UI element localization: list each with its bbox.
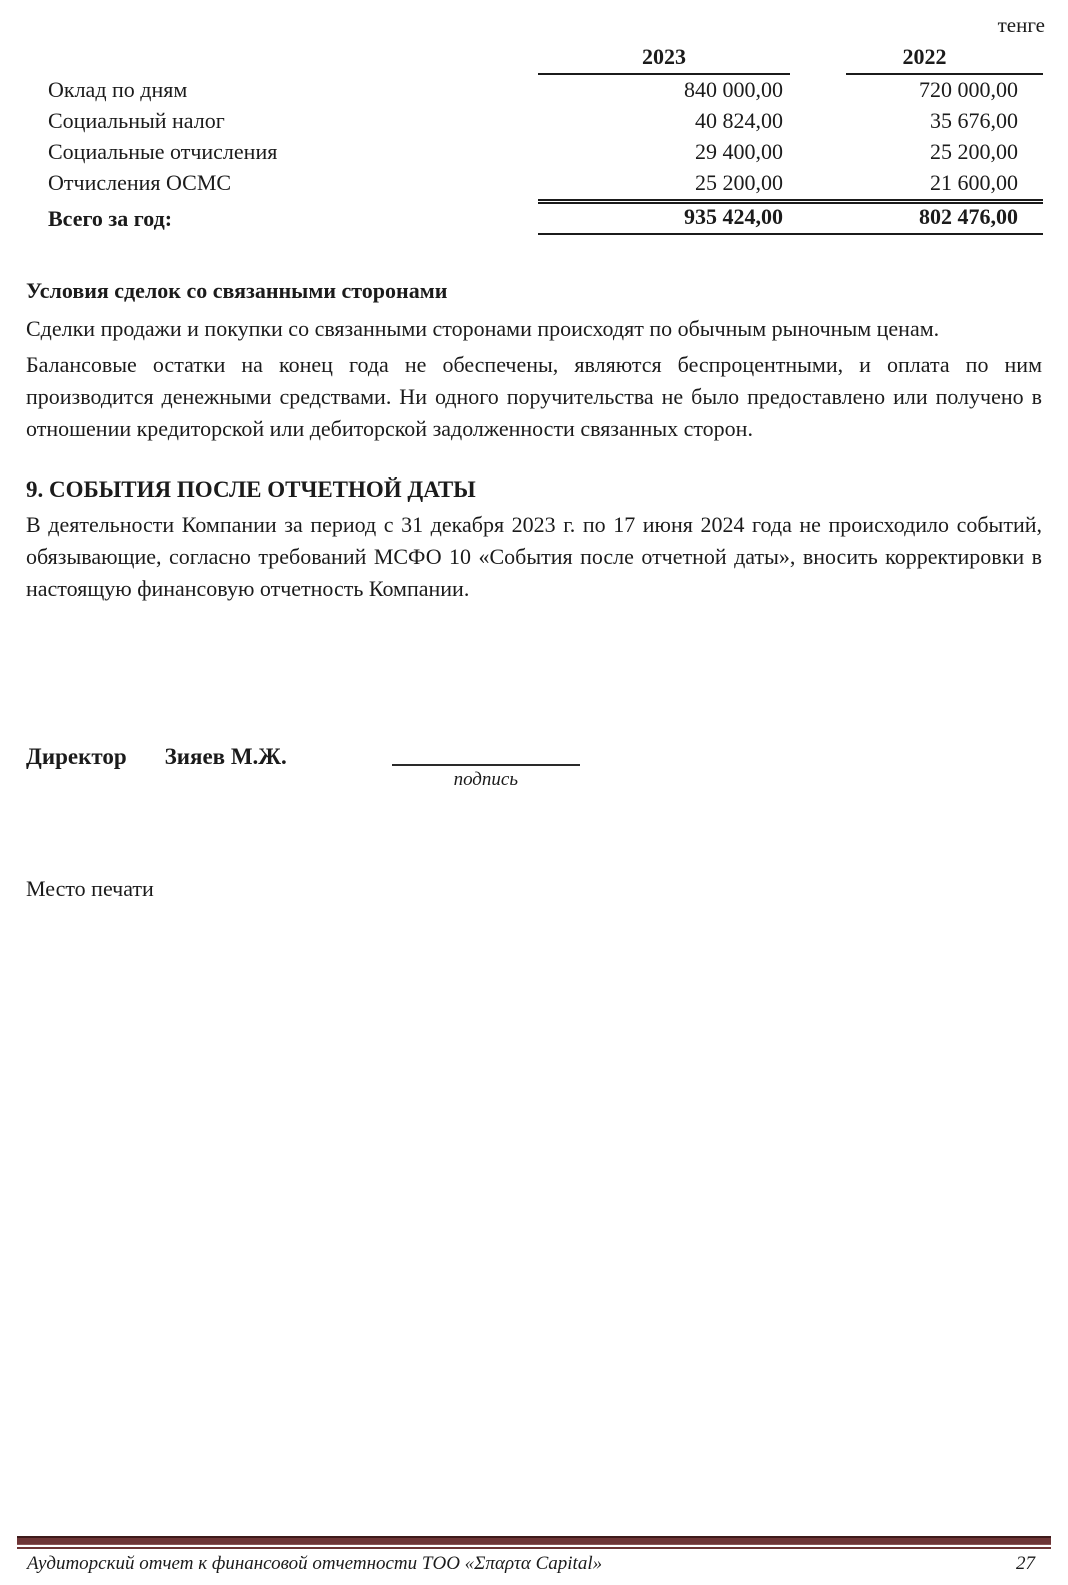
column-gap xyxy=(790,137,846,168)
table-total-row: Всего за год: 935 424,00 802 476,00 xyxy=(48,199,1043,235)
signatory-role: Директор xyxy=(26,744,127,770)
value-2022: 21 600,00 xyxy=(846,168,1043,199)
related-parties-paragraph-1: Сделки продажи и покупки со связанными с… xyxy=(26,313,1042,345)
signatory-name: Зияев М.Ж. xyxy=(165,744,287,770)
total-value-2022: 802 476,00 xyxy=(846,199,1043,235)
column-header-2023: 2023 xyxy=(538,44,790,75)
total-value-2023: 935 424,00 xyxy=(538,199,790,235)
value-2022: 35 676,00 xyxy=(846,106,1043,137)
related-parties-section: Условия сделок со связанными сторонами С… xyxy=(26,276,1042,445)
row-label: Социальные отчисления xyxy=(48,137,538,168)
related-parties-paragraph-2: Балансовые остатки на конец года не обес… xyxy=(26,349,1042,445)
total-label: Всего за год: xyxy=(48,199,538,235)
page-footer: Аудиторский отчет к финансовой отчетност… xyxy=(17,1536,1051,1575)
header-empty-cell xyxy=(48,44,538,75)
value-2023: 840 000,00 xyxy=(538,75,790,106)
footer-report-title: Аудиторский отчет к финансовой отчетност… xyxy=(27,1553,602,1575)
subsequent-events-heading: 9. СОБЫТИЯ ПОСЛЕ ОТЧЕТНОЙ ДАТЫ xyxy=(26,475,1042,505)
subsequent-events-paragraph: В деятельности Компании за период с 31 д… xyxy=(26,509,1042,605)
row-label: Отчисления ОСМС xyxy=(48,168,538,199)
column-gap xyxy=(790,168,846,199)
column-gap xyxy=(790,75,846,106)
row-label: Оклад по дням xyxy=(48,75,538,106)
table-header-row: 2023 2022 xyxy=(48,44,1043,75)
document-page: тенге 2023 2022 Оклад по дням 840 000,00… xyxy=(0,0,1068,1585)
table-row: Социальные отчисления 29 400,00 25 200,0… xyxy=(48,137,1043,168)
related-parties-heading: Условия сделок со связанными сторонами xyxy=(26,276,1042,306)
column-gap xyxy=(790,44,846,75)
table-row: Отчисления ОСМС 25 200,00 21 600,00 xyxy=(48,168,1043,199)
value-2023: 25 200,00 xyxy=(538,168,790,199)
value-2023: 40 824,00 xyxy=(538,106,790,137)
signature-caption: подпись xyxy=(454,769,518,791)
column-header-2022: 2022 xyxy=(846,44,1043,75)
page-number: 27 xyxy=(1016,1553,1035,1575)
signature-line xyxy=(392,764,580,766)
signature-area: подпись xyxy=(392,764,580,791)
currency-note: тенге xyxy=(0,0,1068,38)
table-row: Оклад по дням 840 000,00 720 000,00 xyxy=(48,75,1043,106)
table-row: Социальный налог 40 824,00 35 676,00 xyxy=(48,106,1043,137)
signature-block: Директор Зияев М.Ж. подпись xyxy=(26,744,1042,791)
value-2023: 29 400,00 xyxy=(538,137,790,168)
value-2022: 720 000,00 xyxy=(846,75,1043,106)
subsequent-events-section: 9. СОБЫТИЯ ПОСЛЕ ОТЧЕТНОЙ ДАТЫ В деятель… xyxy=(26,475,1042,605)
value-2022: 25 200,00 xyxy=(846,137,1043,168)
row-label: Социальный налог xyxy=(48,106,538,137)
payroll-table: 2023 2022 Оклад по дням 840 000,00 720 0… xyxy=(48,44,1043,235)
footer-rule-thick xyxy=(17,1536,1051,1545)
footer-rule-thin xyxy=(17,1547,1051,1549)
column-gap xyxy=(790,106,846,137)
footer-text-row: Аудиторский отчет к финансовой отчетност… xyxy=(17,1553,1051,1575)
column-gap xyxy=(790,199,846,235)
stamp-place-note: Место печати xyxy=(26,876,1042,902)
